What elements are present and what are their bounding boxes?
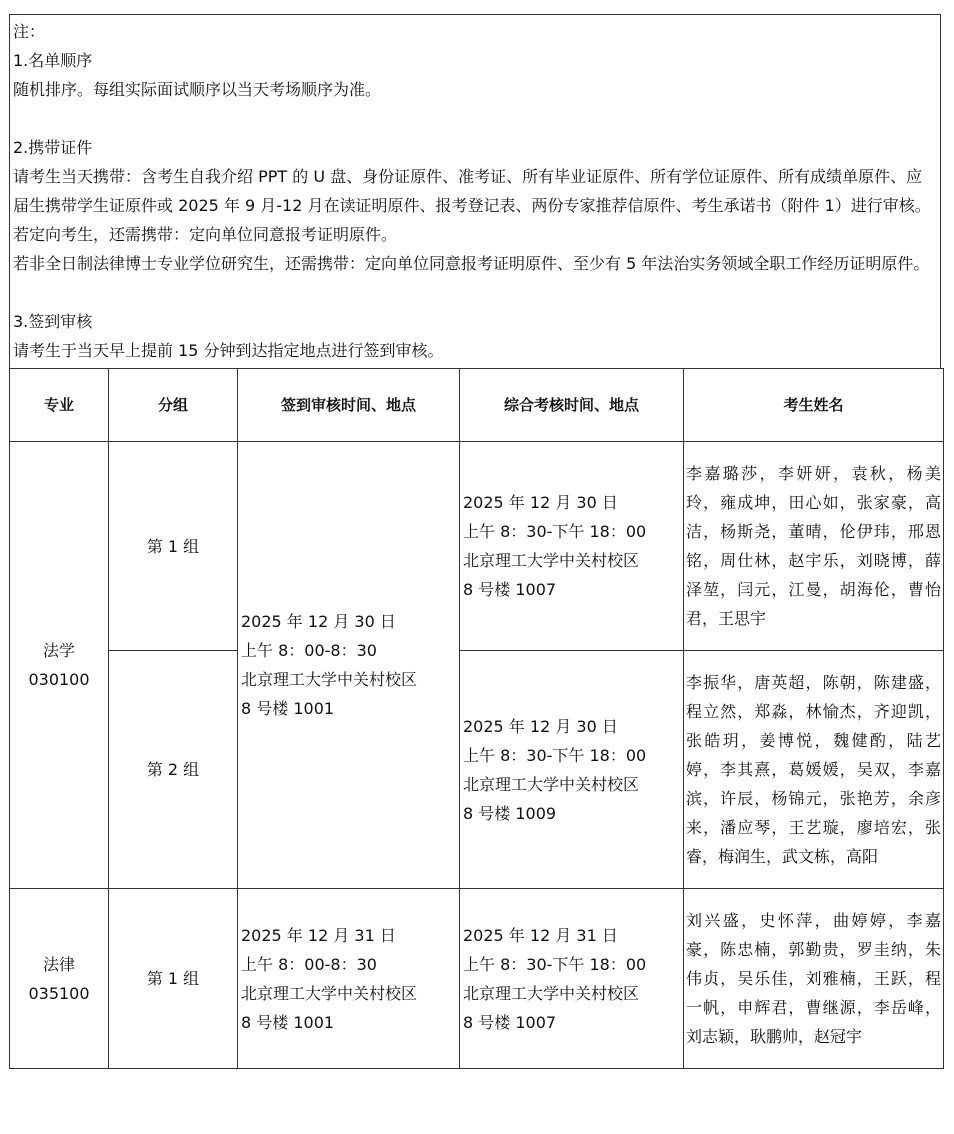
major-cell: 法律 035100	[10, 889, 109, 1069]
checkin-date: 2025 年 12 月 30 日	[241, 607, 456, 636]
header-major: 专业	[10, 369, 109, 442]
notes-title: 注：	[13, 17, 937, 46]
table-row: 法学 030100 第 1 组 2025 年 12 月 30 日 上午 8：00…	[10, 442, 944, 651]
notes-block: 注： 1.名单顺序 随机排序。每组实际面试顺序以当天考场顺序为准。 2.携带证件…	[9, 14, 941, 368]
checkin-cell: 2025 年 12 月 30 日 上午 8：00-8：30 北京理工大学中关村校…	[238, 442, 460, 889]
section-heading-order: 1.名单顺序	[13, 46, 937, 75]
header-group: 分组	[109, 369, 238, 442]
exam-campus: 北京理工大学中关村校区	[463, 770, 680, 799]
section-heading-checkin: 3.签到审核	[13, 307, 937, 336]
major-code: 035100	[13, 979, 105, 1008]
table-row: 第 2 组 2025 年 12 月 30 日 上午 8：30-下午 18：00 …	[10, 651, 944, 889]
table-row: 法律 035100 第 1 组 2025 年 12 月 31 日 上午 8：00…	[10, 889, 944, 1069]
exam-time: 上午 8：30-下午 18：00	[463, 741, 680, 770]
exam-room: 8 号楼 1007	[463, 1008, 680, 1037]
section-text-documents: 请考生当天携带：含考生自我介绍 PPT 的 U 盘、身份证原件、准考证、所有毕业…	[13, 162, 937, 220]
names-cell: 李振华，唐英超，陈朝，陈建盛，程立然，郑淼，林愉杰，齐迎凯，张皓玥，姜博悦，魏健…	[684, 651, 944, 889]
major-name: 法学	[13, 636, 105, 665]
section-text-checkin: 请考生于当天早上提前 15 分钟到达指定地点进行签到审核。	[13, 336, 937, 365]
exam-time: 上午 8：30-下午 18：00	[463, 950, 680, 979]
checkin-time: 上午 8：00-8：30	[241, 636, 456, 665]
section-text-targeted: 若定向考生，还需携带：定向单位同意报考证明原件。	[13, 220, 937, 249]
exam-campus: 北京理工大学中关村校区	[463, 546, 680, 575]
section-text-parttime: 若非全日制法律博士专业学位研究生，还需携带：定向单位同意报考证明原件、至少有 5…	[13, 249, 937, 278]
exam-date: 2025 年 12 月 31 日	[463, 921, 680, 950]
header-names: 考生姓名	[684, 369, 944, 442]
major-code: 030100	[13, 665, 105, 694]
table-header-row: 专业 分组 签到审核时间、地点 综合考核时间、地点 考生姓名	[10, 369, 944, 442]
checkin-campus: 北京理工大学中关村校区	[241, 665, 456, 694]
group-cell: 第 1 组	[109, 889, 238, 1069]
section-heading-documents: 2.携带证件	[13, 133, 937, 162]
spacer	[13, 104, 937, 133]
checkin-room: 8 号楼 1001	[241, 694, 456, 723]
exam-date: 2025 年 12 月 30 日	[463, 488, 680, 517]
major-cell: 法学 030100	[10, 442, 109, 889]
document: 注： 1.名单顺序 随机排序。每组实际面试顺序以当天考场顺序为准。 2.携带证件…	[9, 14, 941, 1069]
exam-time: 上午 8：30-下午 18：00	[463, 517, 680, 546]
exam-cell: 2025 年 12 月 31 日 上午 8：30-下午 18：00 北京理工大学…	[460, 889, 684, 1069]
names-cell: 刘兴盛，史怀萍，曲婷婷，李嘉豪，陈忠楠，郭勤贵，罗圭纳，朱伟贞，吴乐佳，刘雅楠，…	[684, 889, 944, 1069]
names-cell: 李嘉璐莎，李妍妍，袁秋，杨美玲，雍成坤，田心如，张家豪，高洁，杨斯尧，董晴，伦伊…	[684, 442, 944, 651]
checkin-campus: 北京理工大学中关村校区	[241, 979, 456, 1008]
checkin-date: 2025 年 12 月 31 日	[241, 921, 456, 950]
checkin-room: 8 号楼 1001	[241, 1008, 456, 1037]
exam-campus: 北京理工大学中关村校区	[463, 979, 680, 1008]
header-checkin: 签到审核时间、地点	[238, 369, 460, 442]
exam-room: 8 号楼 1007	[463, 575, 680, 604]
checkin-cell: 2025 年 12 月 31 日 上午 8：00-8：30 北京理工大学中关村校…	[238, 889, 460, 1069]
schedule-table: 专业 分组 签到审核时间、地点 综合考核时间、地点 考生姓名 法学 030100…	[9, 368, 944, 1069]
major-name: 法律	[13, 950, 105, 979]
checkin-time: 上午 8：00-8：30	[241, 950, 456, 979]
group-cell: 第 1 组	[109, 442, 238, 651]
group-cell: 第 2 组	[109, 651, 238, 889]
header-exam: 综合考核时间、地点	[460, 369, 684, 442]
exam-room: 8 号楼 1009	[463, 799, 680, 828]
spacer	[13, 278, 937, 307]
section-text-order: 随机排序。每组实际面试顺序以当天考场顺序为准。	[13, 75, 937, 104]
exam-cell: 2025 年 12 月 30 日 上午 8：30-下午 18：00 北京理工大学…	[460, 442, 684, 651]
exam-cell: 2025 年 12 月 30 日 上午 8：30-下午 18：00 北京理工大学…	[460, 651, 684, 889]
exam-date: 2025 年 12 月 30 日	[463, 712, 680, 741]
